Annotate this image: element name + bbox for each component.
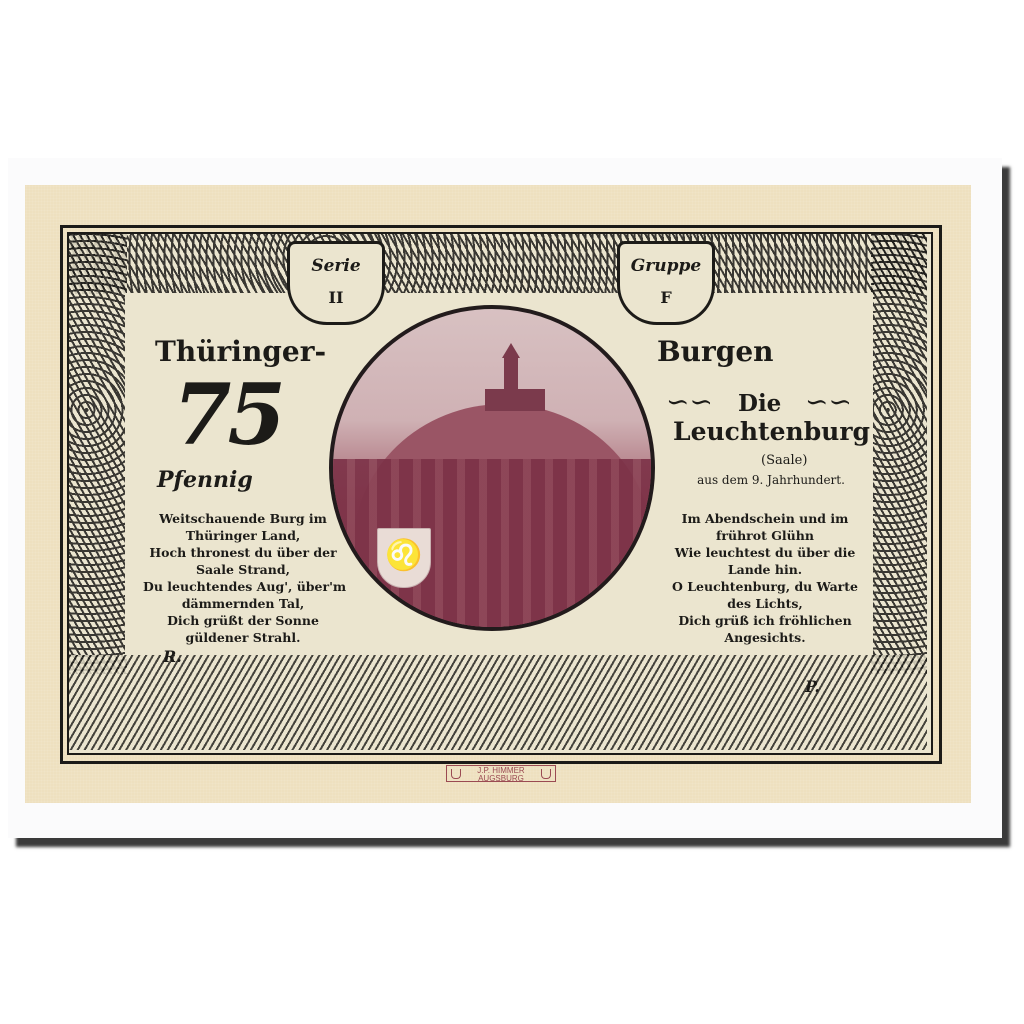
foliage-border-right: [871, 234, 927, 674]
group-value: F: [620, 288, 712, 307]
series-label: Serie: [290, 256, 382, 276]
heading-right: Burgen: [657, 335, 774, 368]
group-shield: Gruppe F: [617, 241, 715, 325]
poem-line: Saale Strand,: [143, 561, 343, 578]
poem-line: Thüringer Land,: [143, 527, 343, 544]
artist-monogram-right: P.: [805, 677, 820, 696]
poem-line: des Lichts,: [659, 595, 871, 612]
denomination: 75: [173, 365, 282, 464]
subject-century: aus dem 9. Jahrhundert.: [673, 473, 869, 487]
poem-right: Im Abendschein und im frührot Glühn Wie …: [659, 510, 871, 646]
foliage-border-left: [69, 234, 127, 674]
poem-line: Lande hin.: [659, 561, 871, 578]
poem-line: Du leuchtendes Aug', über'm: [143, 578, 343, 595]
heading-left: Thüringer-: [155, 335, 326, 368]
foliage-border-top: [69, 234, 927, 294]
printer-city: AUGSBURG: [447, 775, 555, 783]
subject-region: (Saale): [761, 453, 807, 468]
group-label: Gruppe: [620, 256, 712, 276]
series-value: II: [290, 288, 382, 307]
flourish-left-icon: ∽∽: [666, 385, 713, 418]
poem-line: güldener Strahl.: [143, 629, 343, 646]
stamp-icon: [451, 769, 461, 779]
poem-line: O Leuchtenburg, du Warte: [659, 578, 871, 595]
poem-line: Hoch thronest du über der: [143, 544, 343, 561]
poem-line: Angesichts.: [659, 629, 871, 646]
poem-left: Weitschauende Burg im Thüringer Land, Ho…: [143, 510, 343, 646]
stamp-icon: [541, 769, 551, 779]
fir-branch-border-bottom: [69, 655, 927, 750]
subject-name: Leuchtenburg: [673, 417, 870, 446]
lion-shield-icon: ♌: [377, 528, 431, 588]
printer-mark: J.P. HIMMER AUGSBURG: [446, 765, 556, 782]
poem-line: Dich grüßt der Sonne: [143, 612, 343, 629]
subject-article: Die: [738, 390, 781, 417]
poem-line: dämmernden Tal,: [143, 595, 343, 612]
series-shield: Serie II: [287, 241, 385, 325]
poem-line: frührot Glühn: [659, 527, 871, 544]
artist-monogram-left: R.: [163, 647, 182, 666]
castle-medallion: ♌: [329, 305, 655, 631]
poem-line: Wie leuchtest du über die: [659, 544, 871, 561]
poem-line: Dich grüß ich fröhlichen: [659, 612, 871, 629]
tower-icon: [504, 357, 518, 393]
currency-label: Pfennig: [157, 467, 253, 493]
banknote: Serie II Gruppe F Thüringer- Burgen 75 P…: [25, 185, 971, 803]
poem-line: Weitschauende Burg im: [143, 510, 343, 527]
poem-line: Im Abendschein und im: [659, 510, 871, 527]
flourish-right-icon: ∽∽: [805, 385, 852, 418]
